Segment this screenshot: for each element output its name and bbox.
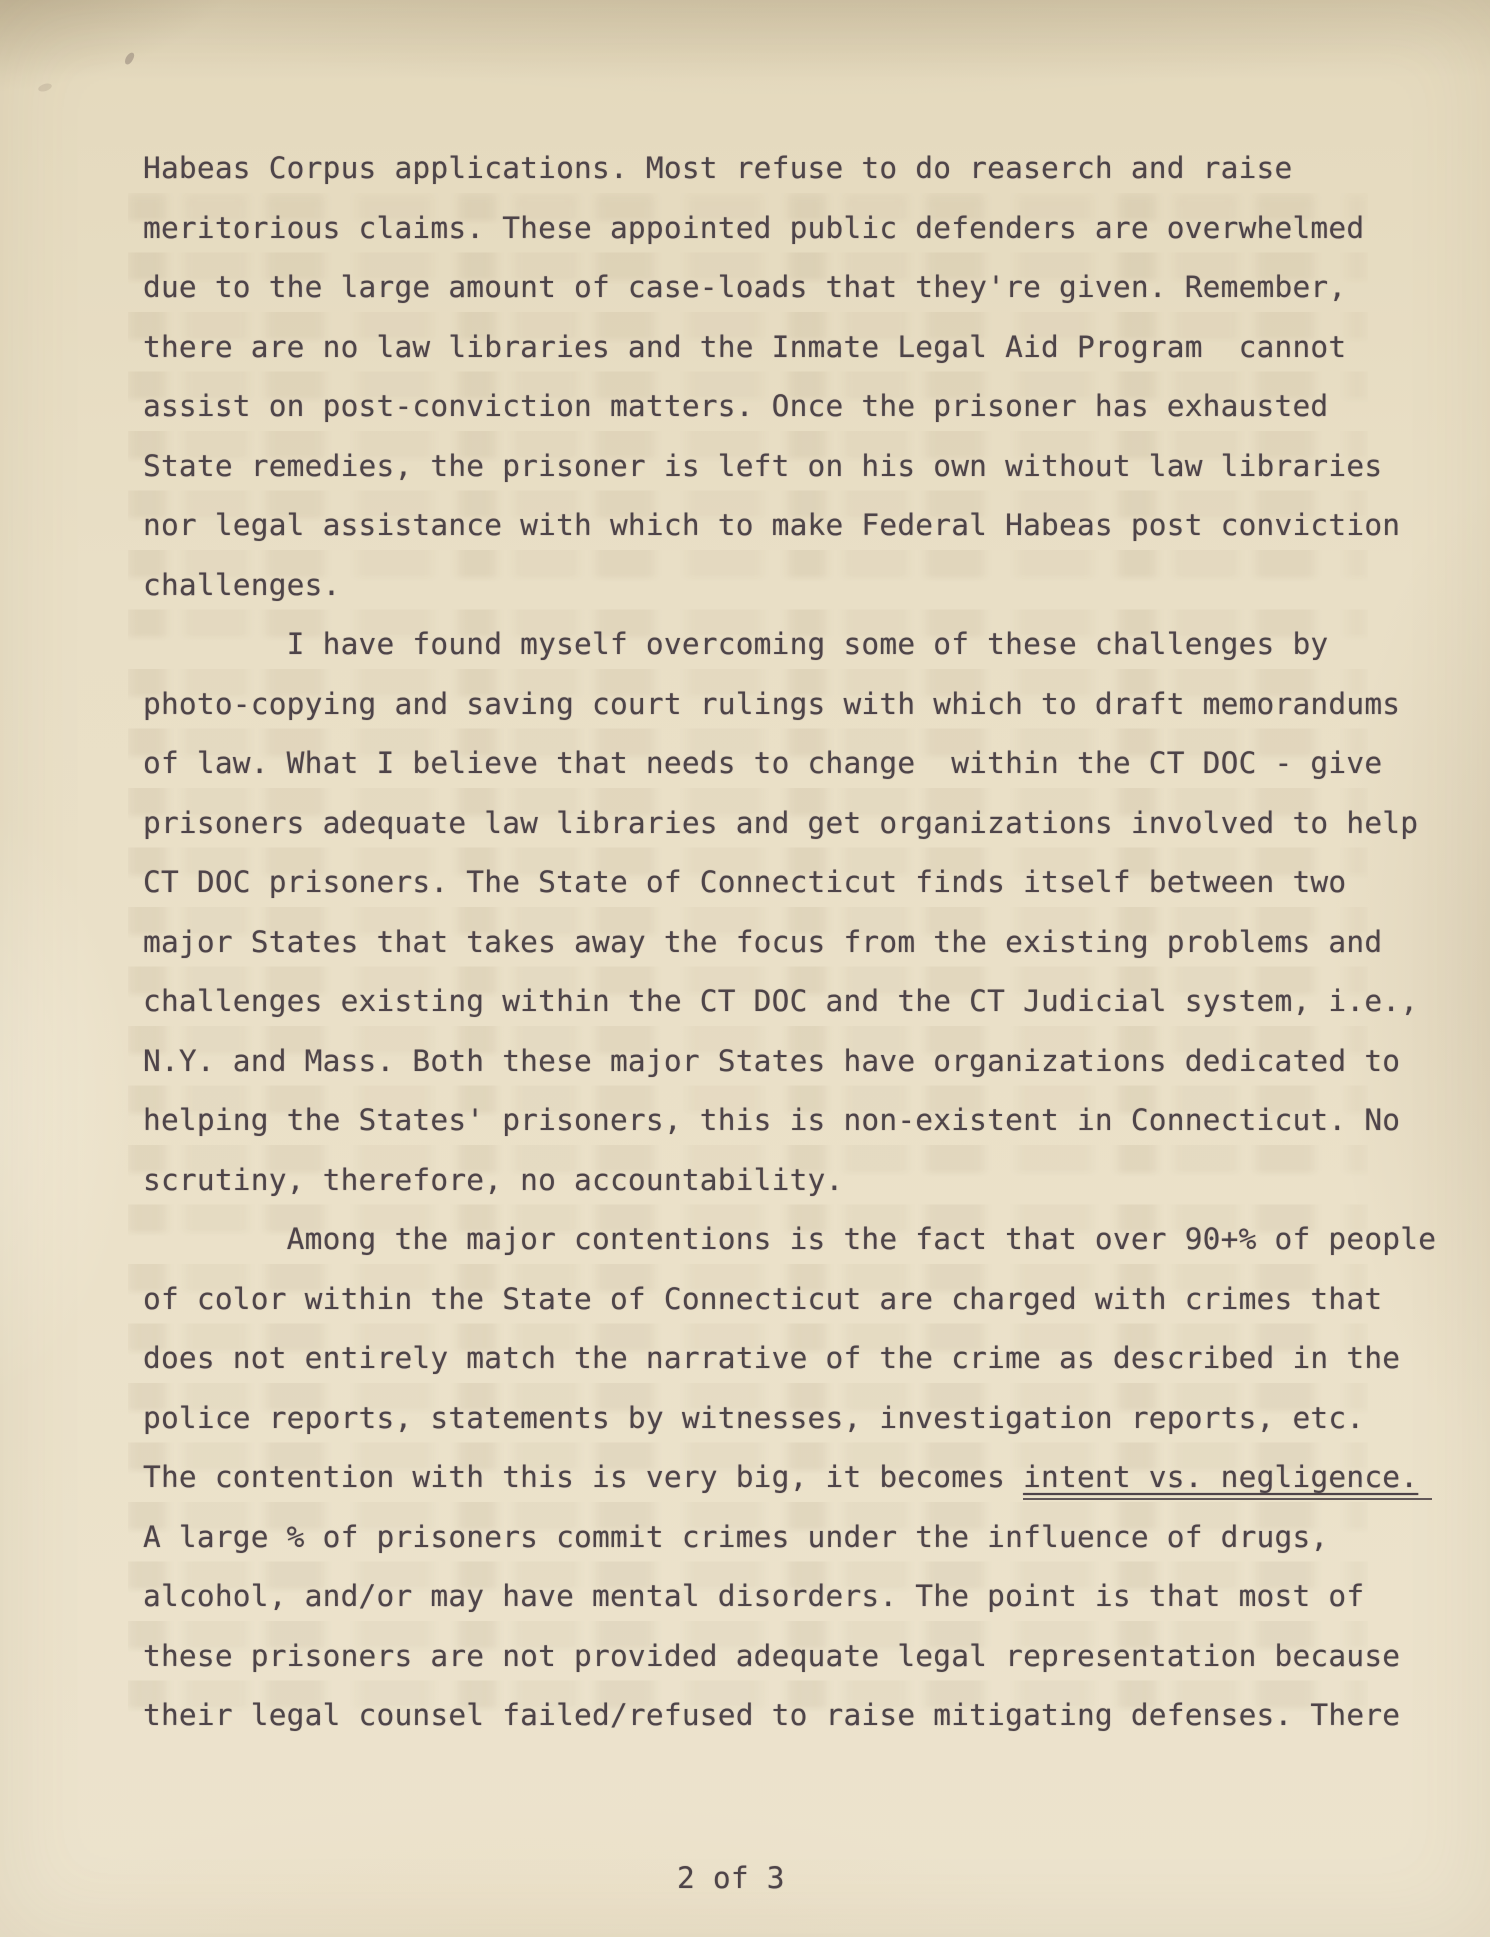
typed-line: meritorious claims. These appointed publ… [143, 199, 1436, 259]
typed-text: of law. What I believe that needs to cha… [143, 746, 1382, 780]
typed-line: challenges. [143, 556, 1436, 616]
typed-line: CT DOC prisoners. The State of Connectic… [143, 853, 1436, 913]
typed-line: N.Y. and Mass. Both these major States h… [143, 1032, 1436, 1092]
typed-line: prisoners adequate law libraries and get… [143, 794, 1436, 854]
typed-line: major States that takes away the focus f… [143, 913, 1436, 973]
typed-text: major States that takes away the focus f… [143, 925, 1382, 959]
typed-text: due to the large amount of case-loads th… [143, 270, 1346, 304]
typed-line: there are no law libraries and the Inmat… [143, 318, 1436, 378]
typed-text: Among the major contentions is the fact … [143, 1222, 1436, 1256]
typed-line: assist on post-conviction matters. Once … [143, 377, 1436, 437]
typed-text: A large % of prisoners commit crimes und… [143, 1520, 1328, 1554]
typed-text-block: Habeas Corpus applications. Most refuse … [143, 139, 1436, 1746]
typed-line: of color within the State of Connecticut… [143, 1270, 1436, 1330]
typed-text: prisoners adequate law libraries and get… [143, 806, 1418, 840]
typed-text: CT DOC prisoners. The State of Connectic… [143, 865, 1346, 899]
typed-text: I have found myself overcoming some of t… [143, 627, 1328, 661]
typed-text: nor legal assistance with which to make … [143, 508, 1400, 542]
paper-crease-mark [37, 82, 52, 93]
typed-text: scrutiny, therefore, no accountability. [143, 1163, 843, 1197]
typed-text: helping the States' prisoners, this is n… [143, 1103, 1400, 1137]
typed-text: challenges existing within the CT DOC an… [143, 984, 1418, 1018]
typed-line: The contention with this is very big, it… [143, 1448, 1436, 1508]
typed-text: meritorious claims. These appointed publ… [143, 211, 1364, 245]
typed-text: does not entirely match the narrative of… [143, 1341, 1400, 1375]
typed-text: State remedies, the prisoner is left on … [143, 449, 1382, 483]
typed-text: their legal counsel failed/refused to ra… [143, 1698, 1400, 1732]
typed-line: scrutiny, therefore, no accountability. [143, 1151, 1436, 1211]
typed-line: these prisoners are not provided adequat… [143, 1627, 1436, 1687]
typed-line: alcohol, and/or may have mental disorder… [143, 1567, 1436, 1627]
typed-line: their legal counsel failed/refused to ra… [143, 1686, 1436, 1746]
typed-text: photo-copying and saving court rulings w… [143, 687, 1400, 721]
typed-line: State remedies, the prisoner is left on … [143, 437, 1436, 497]
typed-text: N.Y. and Mass. Both these major States h… [143, 1044, 1400, 1078]
typed-text: challenges. [143, 568, 341, 602]
typed-line: Among the major contentions is the fact … [143, 1210, 1436, 1270]
typed-text: Habeas Corpus applications. Most refuse … [143, 151, 1292, 185]
typed-text: alcohol, and/or may have mental disorder… [143, 1579, 1364, 1613]
typed-line: does not entirely match the narrative of… [143, 1329, 1436, 1389]
typed-line: of law. What I believe that needs to cha… [143, 734, 1436, 794]
typed-text: The contention with this is very big, it… [143, 1460, 1023, 1494]
typed-text: there are no law libraries and the Inmat… [143, 330, 1346, 364]
typed-line: A large % of prisoners commit crimes und… [143, 1508, 1436, 1568]
page-number: 2 of 3 [677, 1849, 785, 1909]
typed-text: police reports, statements by witnesses,… [143, 1401, 1364, 1435]
typed-text: these prisoners are not provided adequat… [143, 1639, 1400, 1673]
typed-line: I have found myself overcoming some of t… [143, 615, 1436, 675]
document-page: Habeas Corpus applications. Most refuse … [0, 0, 1490, 1937]
paper-speck [124, 51, 136, 66]
typed-line: photo-copying and saving court rulings w… [143, 675, 1436, 735]
typed-line: police reports, statements by witnesses,… [143, 1389, 1436, 1449]
underlined-phrase: intent vs. negligence. [1023, 1460, 1432, 1500]
typed-line: nor legal assistance with which to make … [143, 496, 1436, 556]
typed-line: due to the large amount of case-loads th… [143, 258, 1436, 318]
typed-line: helping the States' prisoners, this is n… [143, 1091, 1436, 1151]
typed-line: challenges existing within the CT DOC an… [143, 972, 1436, 1032]
typed-line: Habeas Corpus applications. Most refuse … [143, 139, 1436, 199]
typed-text: assist on post-conviction matters. Once … [143, 389, 1328, 423]
typed-text: of color within the State of Connecticut… [143, 1282, 1382, 1316]
